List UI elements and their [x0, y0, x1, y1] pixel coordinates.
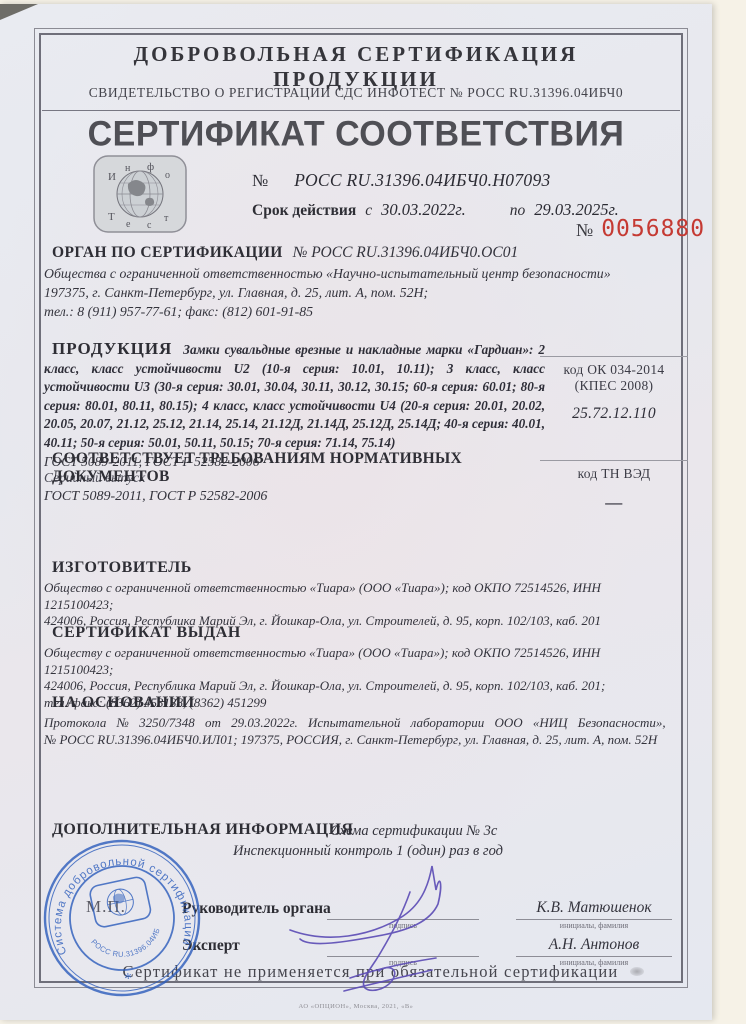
blank-number: 0056880 — [601, 216, 705, 242]
compliance-label: СООТВЕТСТВУЕТ ТРЕБОВАНИЯМ НОРМАТИВНЫХ ДО… — [44, 450, 544, 486]
manufacturer-line: Общество с ограниченной ответственностью… — [44, 580, 672, 613]
certification-body-line: Общества с ограниченной ответственностью… — [44, 264, 644, 283]
infotest-logo-icon: И н ф о Т е с т — [92, 154, 188, 234]
additional-info-line1: Схема сертификации № 3с — [330, 823, 497, 840]
scan-corner-shadow — [0, 4, 38, 20]
svg-text:И: И — [108, 171, 116, 183]
production-description: Замки сувальдные врезные и накладные мар… — [44, 342, 545, 450]
svg-text:е: е — [126, 219, 131, 230]
production-label: ПРОДУКЦИЯ — [52, 339, 178, 358]
basis-line: № РОСС RU.31396.04ИБЧ0.ИЛ01; 197375, РОС… — [44, 732, 672, 749]
tnved-label: код ТН ВЭД — [540, 466, 688, 482]
certification-body-label: ОРГАН ПО СЕРТИФИКАЦИИ — [52, 244, 283, 262]
head-name: К.В. Матюшенок — [516, 899, 672, 917]
ink-smudge — [630, 967, 644, 976]
certification-body-line: тел.: 8 (911) 957-77-61; факс: (812) 601… — [44, 302, 644, 321]
issued-to-label: СЕРТИФИКАТ ВЫДАН — [44, 624, 672, 642]
compliance-section: СООТВЕТСТВУЕТ ТРЕБОВАНИЯМ НОРМАТИВНЫХ ДО… — [44, 450, 544, 505]
print-house-info: АО «ОПЦИОН», Москва, 2021, «В» — [0, 1003, 712, 1010]
head-name-caption: инициалы, фамилия — [516, 921, 672, 930]
svg-text:Т: Т — [108, 211, 115, 223]
head-name-line — [516, 919, 672, 920]
registration-line: СВИДЕТЕЛЬСТВО О РЕГИСТРАЦИИ СДС ИНФОТЕСТ… — [56, 85, 656, 101]
issued-to-line: Обществу с ограниченной ответственностью… — [44, 645, 672, 678]
certification-body-line: 197375, г. Санкт-Петербург, ул. Главная,… — [44, 283, 644, 302]
expert-name: А.Н. Антонов — [516, 936, 672, 954]
infotest-round-stamp-icon: Система добровольной сертификации ИНФОТЕ… — [36, 832, 208, 1004]
svg-text:н: н — [125, 163, 131, 174]
blank-number-row: № 0056880 — [576, 216, 705, 242]
validity-from-date: 30.03.2022г. — [381, 200, 466, 220]
basis-label: НА ОСНОВАНИИ — [44, 694, 672, 712]
compliance-value: ГОСТ 5089-2011, ГОСТ Р 52582-2006 — [44, 489, 544, 505]
ok-code-label: код ОК — [564, 362, 607, 377]
validity-from-prefix: с — [365, 202, 372, 220]
svg-text:о: о — [165, 170, 170, 181]
svg-text:ф: ф — [147, 161, 154, 173]
ok-code-value: 034-2014 — [610, 362, 664, 377]
issued-to-line: 424006, Россия, Республика Марий Эл, г. … — [44, 678, 672, 695]
certificate-number: РОСС RU.31396.04ИБЧ0.Н07093 — [294, 170, 550, 191]
tnved-code-box: код ТН ВЭД — — [540, 460, 688, 513]
number-sign: № — [252, 171, 268, 191]
certificate-title: СЕРТИФИКАТ СООТВЕТСТВИЯ — [56, 114, 656, 155]
svg-text:т: т — [164, 213, 169, 224]
validity-label: Срок действия — [252, 202, 356, 220]
certificate-number-row: № РОСС RU.31396.04ИБЧ0.Н07093 — [252, 170, 551, 191]
additional-info-line2: Инспекционный контроль 1 (один) раз в го… — [233, 843, 503, 860]
manufacturer-section: ИЗГОТОВИТЕЛЬ Общество с ограниченной отв… — [44, 559, 672, 630]
svg-text:с: с — [147, 220, 152, 231]
manufacturer-label: ИЗГОТОВИТЕЛЬ — [44, 559, 672, 577]
blank-number-sign: № — [576, 220, 593, 241]
svg-text:*: * — [124, 970, 134, 988]
tnved-value: — — [540, 493, 688, 513]
expert-name-line — [516, 956, 672, 957]
ok-code-sub: (КПЕС 2008) — [540, 378, 688, 394]
ok-code-line: код ОК 034-2014 — [540, 362, 688, 378]
okp-value: 25.72.12.110 — [540, 405, 688, 423]
basis-line: Протокола № 3250/7348 от 29.03.2022г. Ис… — [44, 715, 672, 732]
certification-body-section: ОРГАН ПО СЕРТИФИКАЦИИ № РОСС RU.31396.04… — [44, 244, 644, 321]
certificate-paper: ДОБРОВОЛЬНАЯ СЕРТИФИКАЦИЯ ПРОДУКЦИИ СВИД… — [0, 4, 712, 1020]
handwritten-signatures — [288, 860, 503, 995]
header-divider — [42, 110, 680, 111]
validity-row: Срок действия с 30.03.2022г. по 29.03.20… — [252, 200, 619, 220]
certification-body-number: № РОСС RU.31396.04ИБЧ0.ОС01 — [293, 244, 518, 262]
validity-to-prefix: по — [510, 202, 526, 220]
basis-section: НА ОСНОВАНИИ Протокола № 3250/7348 от 29… — [44, 694, 672, 748]
ok-code-box: код ОК 034-2014 (КПЕС 2008) 25.72.12.110 — [540, 356, 688, 423]
